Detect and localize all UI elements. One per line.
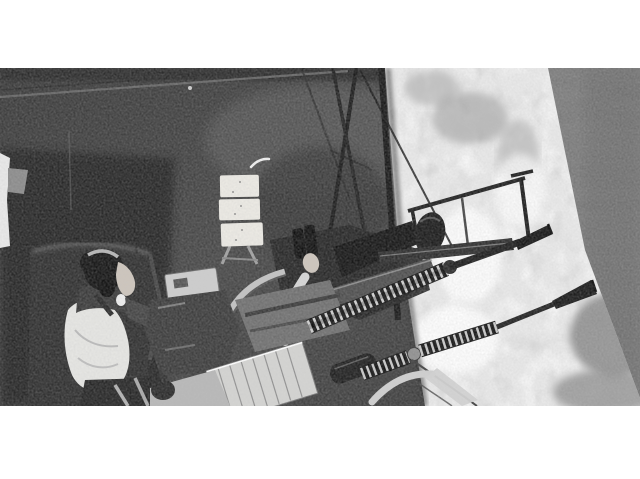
photo <box>0 60 640 422</box>
film-grain <box>0 68 640 406</box>
photo-canvas <box>0 0 640 479</box>
page <box>0 0 640 479</box>
